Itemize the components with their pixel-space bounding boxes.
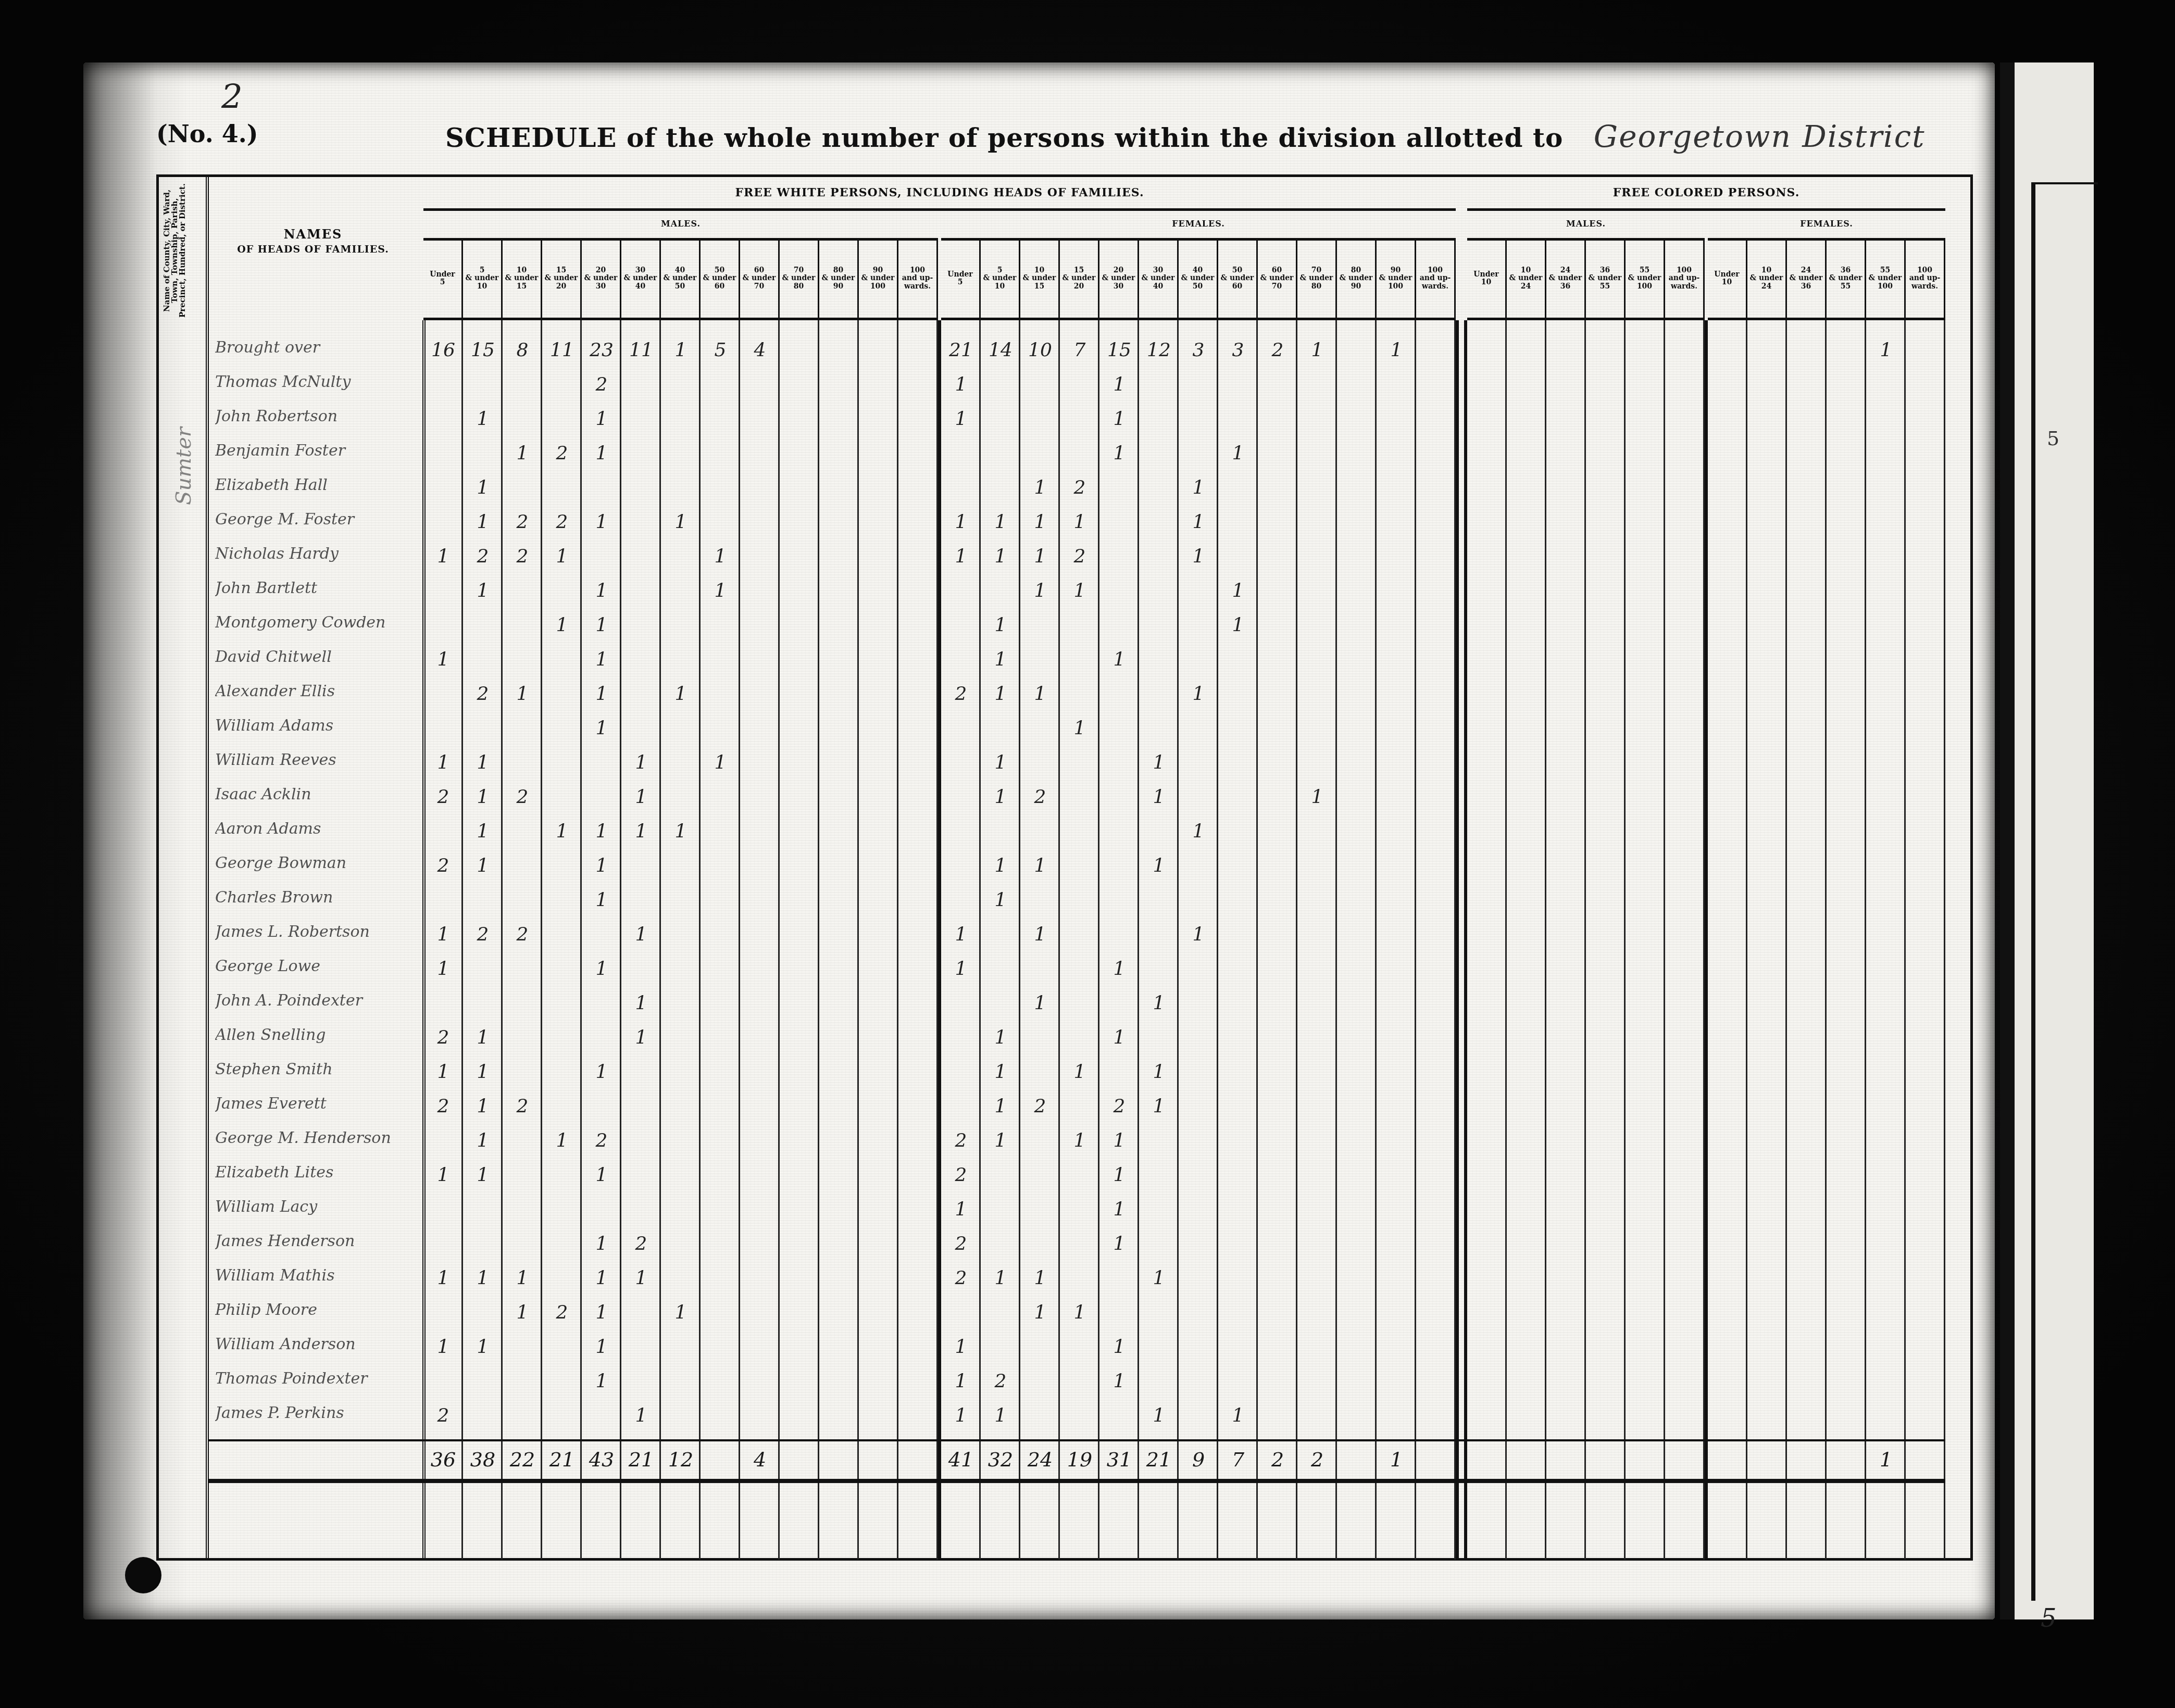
count-cell: 14: [981, 333, 1020, 368]
count-cell: 2: [503, 780, 542, 814]
total-cell: 22: [503, 1442, 542, 1477]
count-cell: 1: [621, 1261, 661, 1296]
age-label: 100: [1677, 267, 1692, 274]
count-cell: 4: [740, 333, 780, 368]
count-cell: 1: [1099, 1158, 1139, 1192]
age-label: 60: [715, 283, 724, 291]
count-cell: 1: [981, 1399, 1020, 1433]
age-label: 80: [1311, 283, 1321, 291]
count-cell: 1: [941, 368, 981, 402]
age-label: & under: [1829, 274, 1863, 282]
count-cell: 1: [661, 814, 701, 849]
age-label: wards.: [1422, 283, 1448, 291]
count-cell: 1: [582, 1055, 621, 1089]
table-row: George M. Henderson1122111: [209, 1124, 1945, 1158]
table-row: Aaron Adams111111: [209, 814, 1945, 849]
names-header-line2: OF HEADS OF FAMILIES.: [209, 244, 417, 255]
head-of-family-name: David Chitwell: [215, 648, 421, 666]
total-cell: 1: [1866, 1442, 1906, 1477]
age-label: 60: [1232, 283, 1242, 291]
head-of-family-name: Elizabeth Lites: [215, 1163, 421, 1182]
colored-female-age-header: 100and up-wards.: [1906, 240, 1945, 320]
count-cell: 2: [503, 918, 542, 952]
age-label: and up-: [1909, 274, 1941, 282]
white-male-age-header: 40& under50: [661, 240, 701, 320]
age-label: 80: [833, 267, 843, 274]
count-cell: 1: [1020, 918, 1060, 952]
count-cell: 1: [981, 505, 1020, 539]
age-label: 55: [1640, 267, 1649, 274]
count-cell: 1: [1020, 505, 1060, 539]
head-of-family-name: William Lacy: [215, 1198, 421, 1216]
age-label: 10: [1481, 279, 1491, 286]
age-label: 55: [1600, 283, 1610, 291]
total-cell: 2: [1297, 1442, 1337, 1477]
head-of-family-name: John A. Poindexter: [215, 991, 421, 1010]
count-cell: 1: [582, 814, 621, 849]
count-cell: 1: [941, 539, 981, 574]
head-of-family-name: George Lowe: [215, 957, 421, 975]
division-name: Georgetown District: [1594, 119, 1926, 154]
age-label: 20: [1074, 283, 1084, 291]
age-label: & under: [584, 274, 618, 282]
count-cell: 1: [423, 1261, 463, 1296]
count-cell: 1: [1297, 333, 1337, 368]
age-label: & under: [505, 274, 539, 282]
total-cell: 12: [661, 1442, 701, 1477]
count-cell: 1: [1179, 814, 1218, 849]
count-cell: 1: [941, 402, 981, 436]
count-cell: 2: [1258, 333, 1297, 368]
age-label: Under: [1714, 271, 1739, 279]
adjacent-page-strip: 5 5: [2000, 62, 2094, 1619]
totals-rule: [209, 1439, 1945, 1441]
head-of-family-name: George M. Henderson: [215, 1129, 421, 1147]
age-label: 70: [794, 267, 804, 274]
count-cell: 1: [463, 1124, 503, 1158]
table-row: William Reeves111111: [209, 746, 1945, 780]
count-cell: 1: [941, 918, 981, 952]
head-of-family-name: Thomas McNulty: [215, 373, 421, 391]
count-cell: 2: [463, 539, 503, 574]
age-label: & under: [1589, 274, 1622, 282]
count-cell: 2: [941, 1124, 981, 1158]
count-cell: 1: [621, 1021, 661, 1055]
age-label: 10: [1034, 267, 1044, 274]
census-table: Name of County, City, Ward, Town, Townsh…: [156, 174, 1973, 1561]
count-cell: 1: [621, 986, 661, 1021]
age-label: wards.: [1911, 283, 1938, 291]
total-cell: 21: [1139, 1442, 1179, 1477]
age-label: & under: [1260, 274, 1294, 282]
count-cell: 1: [981, 608, 1020, 643]
total-cell: 43: [582, 1442, 621, 1477]
page-number: 2: [221, 78, 243, 117]
age-label: & under: [861, 274, 895, 282]
white-male-age-header: 20& under30: [582, 240, 621, 320]
count-cell: 1: [582, 1330, 621, 1364]
count-cell: 2: [1060, 539, 1099, 574]
count-cell: 7: [1060, 333, 1099, 368]
age-label: 15: [556, 267, 566, 274]
age-label: & under: [983, 274, 1017, 282]
count-cell: 2: [463, 677, 503, 711]
age-label: 90: [1351, 283, 1361, 291]
table-row: James L. Robertson1221111: [209, 918, 1945, 952]
age-label: 20: [1114, 267, 1123, 274]
count-cell: 1: [701, 539, 740, 574]
count-cell: 1: [661, 1296, 701, 1330]
count-cell: 1: [582, 849, 621, 883]
count-cell: 1: [503, 1296, 542, 1330]
page-gutter: [2000, 62, 2015, 1619]
total-cell: 32: [981, 1442, 1020, 1477]
age-label: & under: [664, 274, 697, 282]
total-cell: 24: [1020, 1442, 1060, 1477]
table-row: James Everett2121221: [209, 1089, 1945, 1124]
age-label: 60: [1272, 267, 1282, 274]
count-cell: 1: [981, 1124, 1020, 1158]
white-female-age-header: 15& under20: [1060, 240, 1099, 320]
count-cell: 1: [1060, 574, 1099, 608]
colored-male-age-header: 100and up-wards.: [1665, 240, 1705, 320]
age-label: 100: [1428, 267, 1443, 274]
count-cell: 2: [941, 1158, 981, 1192]
head-of-family-name: James P. Perkins: [215, 1404, 421, 1422]
count-cell: 1: [621, 1399, 661, 1433]
table-row: David Chitwell1111: [209, 643, 1945, 677]
count-cell: 11: [621, 333, 661, 368]
count-cell: 2: [1099, 1089, 1139, 1124]
form-number: (No. 4.): [156, 120, 258, 148]
count-cell: 1: [1020, 986, 1060, 1021]
age-label: & under: [1023, 274, 1056, 282]
adjacent-page-ruling: [2031, 182, 2098, 1601]
age-label: 5: [958, 279, 963, 286]
table-row: Montgomery Cowden1111: [209, 608, 1945, 643]
count-cell: 1: [1139, 780, 1179, 814]
age-label: & under: [703, 274, 736, 282]
white-male-age-header: 50& under60: [701, 240, 740, 320]
head-of-family-name: Nicholas Hardy: [215, 545, 421, 563]
count-cell: 10: [1020, 333, 1060, 368]
count-cell: 1: [423, 1330, 463, 1364]
age-label: 70: [1311, 267, 1321, 274]
count-cell: 1: [1020, 677, 1060, 711]
table-row: Philip Moore121111: [209, 1296, 1945, 1330]
free-white-females-header: FEMALES.: [941, 209, 1456, 241]
adjacent-page-number: 5: [2041, 1604, 2057, 1633]
age-label: 30: [596, 283, 606, 291]
age-label: 24: [1560, 267, 1570, 274]
colored-male-age-header: 36& under55: [1586, 240, 1626, 320]
totals-row: 363822214321124413224193121972211: [209, 1442, 1945, 1477]
count-cell: 1: [1099, 1364, 1139, 1399]
table-row: Charles Brown11: [209, 883, 1945, 918]
count-cell: 1: [582, 677, 621, 711]
white-male-age-header: 100and up-wards.: [898, 240, 938, 320]
age-label: & under: [1549, 274, 1582, 282]
head-of-family-name: William Mathis: [215, 1266, 421, 1285]
age-label: 100: [1637, 283, 1652, 291]
district-column-header: Name of County, City, Ward, Town, Townsh…: [163, 180, 203, 321]
white-female-age-header: 50& under60: [1218, 240, 1258, 320]
head-of-family-name: William Reeves: [215, 751, 421, 769]
age-label: 15: [1074, 267, 1084, 274]
age-label: 90: [873, 267, 883, 274]
age-label: & under: [1790, 274, 1823, 282]
count-cell: 1: [1179, 918, 1218, 952]
table-row: William Anderson11111: [209, 1330, 1945, 1364]
count-cell: 1: [1099, 1227, 1139, 1261]
white-female-age-header: 40& under50: [1179, 240, 1218, 320]
head-of-family-name: Aaron Adams: [215, 820, 421, 838]
count-cell: 2: [542, 1296, 582, 1330]
head-of-family-name: Isaac Acklin: [215, 785, 421, 803]
table-row: John Robertson1111: [209, 402, 1945, 436]
binding-hole: [125, 1557, 161, 1593]
head-of-family-name: James L. Robertson: [215, 923, 421, 941]
white-male-age-header: 60& under70: [740, 240, 780, 320]
count-cell: 1: [1139, 746, 1179, 780]
white-female-age-header: 80& under90: [1337, 240, 1377, 320]
table-row: George M. Foster1221111111: [209, 505, 1945, 539]
count-cell: 1: [1139, 986, 1179, 1021]
age-label: 20: [556, 283, 566, 291]
count-cell: 1: [1218, 574, 1258, 608]
white-male-age-header: 5& under10: [463, 240, 503, 320]
count-cell: 1: [981, 1055, 1020, 1089]
count-cell: 1: [1099, 952, 1139, 986]
count-cell: 1: [463, 505, 503, 539]
total-cell: 9: [1179, 1442, 1218, 1477]
count-cell: 1: [701, 574, 740, 608]
total-cell: 7: [1218, 1442, 1258, 1477]
count-cell: 1: [582, 952, 621, 986]
age-label: Under: [947, 271, 972, 279]
count-cell: 1: [463, 574, 503, 608]
count-cell: 16: [423, 333, 463, 368]
age-label: 15: [517, 283, 527, 291]
count-cell: 2: [1020, 780, 1060, 814]
total-cell: 19: [1060, 1442, 1099, 1477]
count-cell: 1: [582, 1296, 621, 1330]
count-cell: 1: [423, 918, 463, 952]
age-label: 10: [995, 283, 1005, 291]
age-label: & under: [466, 274, 499, 282]
white-female-age-header: 90& under100: [1377, 240, 1416, 320]
table-row: William Adams11: [209, 711, 1945, 746]
table-row: George Bowman211111: [209, 849, 1945, 883]
age-label: 30: [635, 267, 645, 274]
count-cell: 1: [1099, 1124, 1139, 1158]
count-cell: 3: [1218, 333, 1258, 368]
count-cell: 15: [463, 333, 503, 368]
age-label: 24: [1521, 283, 1531, 291]
white-female-age-header: 30& under40: [1139, 240, 1179, 320]
head-of-family-name: William Anderson: [215, 1335, 421, 1353]
count-cell: 1: [582, 1261, 621, 1296]
age-label: 55: [1880, 267, 1890, 274]
count-cell: 1: [542, 539, 582, 574]
age-label: 5: [997, 267, 1003, 274]
count-cell: 1: [1060, 1124, 1099, 1158]
white-male-age-header: 30& under40: [621, 240, 661, 320]
count-cell: 1: [503, 677, 542, 711]
age-label: & under: [1628, 274, 1661, 282]
count-cell: 1: [981, 1021, 1020, 1055]
white-female-age-header: 60& under70: [1258, 240, 1297, 320]
white-male-age-header: 10& under15: [503, 240, 542, 320]
age-label: 90: [1391, 267, 1401, 274]
count-cell: 2: [423, 1399, 463, 1433]
count-cell: 1: [423, 539, 463, 574]
total-cell: 36: [423, 1442, 463, 1477]
schedule-title: SCHEDULE of the whole number of persons …: [445, 119, 1925, 154]
colored-male-age-header: Under10: [1467, 240, 1507, 320]
count-cell: 2: [1060, 471, 1099, 505]
count-cell: 1: [463, 471, 503, 505]
age-label: 100: [1878, 283, 1893, 291]
total-cell: 41: [941, 1442, 981, 1477]
count-cell: 1: [1179, 677, 1218, 711]
count-cell: 11: [542, 333, 582, 368]
county-margin-note: Sumter: [172, 427, 196, 505]
age-label: and up-: [902, 274, 933, 282]
count-cell: 1: [1139, 1089, 1179, 1124]
head-of-family-name: John Robertson: [215, 407, 421, 425]
count-cell: 1: [463, 402, 503, 436]
age-label: & under: [743, 274, 776, 282]
count-cell: 2: [941, 1261, 981, 1296]
count-cell: 1: [941, 952, 981, 986]
count-cell: 1: [582, 711, 621, 746]
count-cell: 1: [503, 436, 542, 471]
count-cell: 2: [503, 539, 542, 574]
count-cell: 1: [582, 883, 621, 918]
count-cell: 1: [463, 1055, 503, 1089]
total-cell: 38: [463, 1442, 503, 1477]
white-female-age-header: 5& under10: [981, 240, 1020, 320]
count-cell: 1: [1020, 574, 1060, 608]
count-cell: 1: [981, 677, 1020, 711]
count-cell: 1: [1020, 849, 1060, 883]
age-label: 70: [1272, 283, 1282, 291]
age-label: 10: [517, 267, 527, 274]
colored-female-age-header: 55& under100: [1866, 240, 1906, 320]
age-label: 50: [1232, 267, 1242, 274]
age-label: & under: [1379, 274, 1412, 282]
head-of-family-name: Benjamin Foster: [215, 442, 421, 460]
age-label: & under: [1750, 274, 1783, 282]
count-cell: 1: [503, 1261, 542, 1296]
head-of-family-name: Thomas Poindexter: [215, 1370, 421, 1388]
age-label: & under: [1062, 274, 1096, 282]
count-cell: 1: [463, 1330, 503, 1364]
count-cell: 1: [1866, 333, 1906, 368]
count-cell: 1: [423, 1055, 463, 1089]
count-cell: 1: [1099, 436, 1139, 471]
age-label: 90: [833, 283, 843, 291]
count-cell: 1: [621, 814, 661, 849]
count-cell: 1: [661, 333, 701, 368]
age-label: 40: [675, 267, 685, 274]
white-male-age-header: Under5: [423, 240, 463, 320]
age-label: 50: [675, 283, 685, 291]
count-cell: 2: [1020, 1089, 1060, 1124]
count-cell: 1: [1218, 608, 1258, 643]
count-cell: 1: [1139, 1055, 1179, 1089]
count-cell: 1: [941, 1399, 981, 1433]
age-label: 36: [1801, 283, 1811, 291]
table-row: John A. Poindexter111: [209, 986, 1945, 1021]
count-cell: 1: [463, 746, 503, 780]
count-cell: 1: [1099, 368, 1139, 402]
age-label: & under: [545, 274, 578, 282]
count-cell: 23: [582, 333, 621, 368]
count-cell: 1: [423, 643, 463, 677]
count-cell: 2: [941, 1227, 981, 1261]
free-colored-header: FREE COLORED PERSONS.: [1467, 177, 1945, 211]
names-header: NAMES OF HEADS OF FAMILIES.: [209, 177, 417, 318]
count-cell: 1: [1218, 436, 1258, 471]
count-cell: 1: [981, 643, 1020, 677]
count-cell: 2: [463, 918, 503, 952]
count-cell: 1: [463, 814, 503, 849]
age-label: & under: [1869, 274, 1902, 282]
head-of-family-name: Elizabeth Hall: [215, 476, 421, 494]
head-of-family-name: George Bowman: [215, 854, 421, 872]
count-cell: 1: [701, 746, 740, 780]
white-male-age-header: 90& under100: [859, 240, 898, 320]
count-cell: 5: [701, 333, 740, 368]
count-cell: 1: [1179, 539, 1218, 574]
count-cell: 1: [582, 608, 621, 643]
age-label: and up-: [1669, 274, 1700, 282]
table-row: Alexander Ellis21112111: [209, 677, 1945, 711]
count-cell: 1: [423, 952, 463, 986]
count-cell: 2: [503, 505, 542, 539]
age-label: 50: [715, 267, 724, 274]
count-cell: 1: [621, 780, 661, 814]
age-label: 60: [754, 267, 764, 274]
count-cell: 1: [1297, 780, 1337, 814]
age-label: 20: [596, 267, 606, 274]
age-label: 30: [1153, 267, 1163, 274]
colored-female-age-header: 24& under36: [1787, 240, 1827, 320]
age-label: & under: [1142, 274, 1175, 282]
head-of-family-name: Brought over: [215, 338, 421, 357]
colored-male-age-header: 24& under36: [1546, 240, 1586, 320]
colored-female-age-header: 10& under24: [1747, 240, 1787, 320]
age-label: & under: [624, 274, 657, 282]
count-cell: 1: [1099, 1330, 1139, 1364]
age-label: & under: [1509, 274, 1543, 282]
count-cell: 2: [503, 1089, 542, 1124]
count-cell: 1: [621, 918, 661, 952]
colored-female-age-header: Under10: [1708, 240, 1747, 320]
count-cell: 1: [463, 849, 503, 883]
table-row: William Mathis111112111: [209, 1261, 1945, 1296]
count-cell: 1: [981, 1089, 1020, 1124]
count-cell: 1: [621, 746, 661, 780]
district-column: Name of County, City, Ward, Town, Townsh…: [159, 177, 209, 1558]
count-cell: 12: [1139, 333, 1179, 368]
table-row: Isaac Acklin21211211: [209, 780, 1945, 814]
count-cell: 2: [981, 1364, 1020, 1399]
count-cell: 1: [981, 539, 1020, 574]
count-cell: 1: [463, 780, 503, 814]
